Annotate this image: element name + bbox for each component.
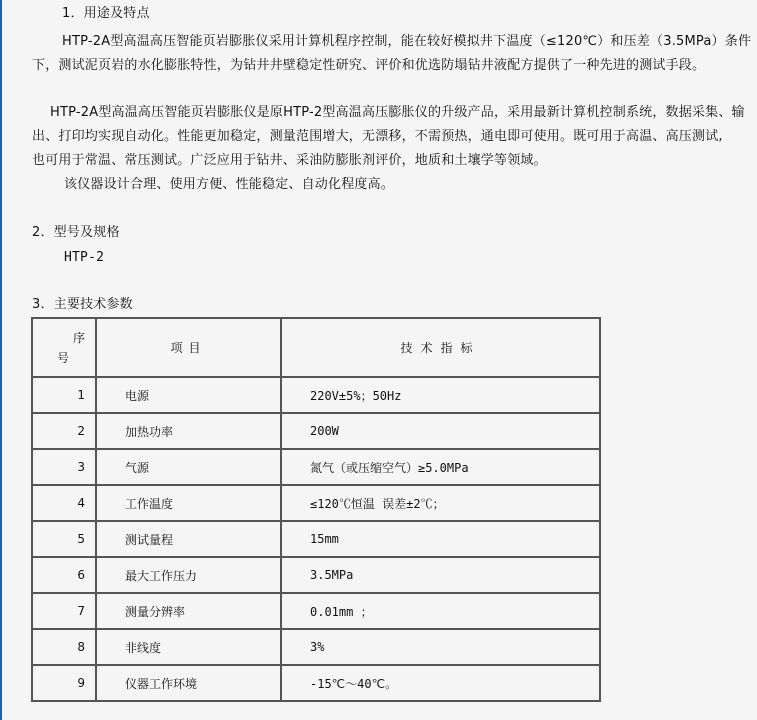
row-value: 200W [281, 413, 600, 449]
header-seq-no: 序 号 [32, 318, 96, 377]
row-value: 3.5MPa [281, 557, 600, 593]
row-value: 氮气（或压缩空气）≥5.0MPa [281, 449, 600, 485]
section-2-heading: 2．型号及规格 [32, 225, 120, 241]
row-no: 4 [32, 485, 96, 521]
header-value: 技术指标 [281, 318, 600, 377]
table-row: 7 测量分辨率 0.01mm ； [32, 593, 600, 629]
table-header-row: 序 号 项目 技术指标 [32, 318, 600, 377]
left-accent-bar [0, 0, 2, 720]
row-no: 9 [32, 665, 96, 701]
table-row: 9 仪器工作环境 -15℃～40℃。 [32, 665, 600, 701]
tech-params-table: 序 号 项目 技术指标 1 电源 220V±5%；50Hz 2 加热功率 200… [31, 317, 601, 702]
row-item: 仪器工作环境 [96, 665, 281, 701]
table-row: 6 最大工作压力 3.5MPa [32, 557, 600, 593]
row-item: 测试量程 [96, 521, 281, 557]
row-item: 工作温度 [96, 485, 281, 521]
header-seq-no-top: 序 [33, 328, 85, 348]
row-item: 加热功率 [96, 413, 281, 449]
section-1-paragraph-1-line-2: 下，测试泥页岩的水化膨胀特性，为钻井井壁稳定性研究、评价和优选防塌钻井液配方提供… [32, 58, 705, 74]
row-value: 220V±5%；50Hz [281, 377, 600, 413]
row-no: 1 [32, 377, 96, 413]
row-item: 气源 [96, 449, 281, 485]
table-row: 3 气源 氮气（或压缩空气）≥5.0MPa [32, 449, 600, 485]
row-value: -15℃～40℃。 [281, 665, 600, 701]
row-no: 2 [32, 413, 96, 449]
row-no: 8 [32, 629, 96, 665]
row-value: ≤120℃恒温 误差±2℃； [281, 485, 600, 521]
section-1-paragraph-1-line-1: HTP-2A型高温高压智能页岩膨胀仪采用计算机程序控制，能在较好模拟井下温度（≤… [62, 34, 751, 50]
section-3-heading: 3．主要技术参数 [32, 297, 133, 313]
model-number: HTP-2 [64, 250, 104, 266]
row-no: 7 [32, 593, 96, 629]
row-no: 6 [32, 557, 96, 593]
row-item: 测量分辨率 [96, 593, 281, 629]
header-seq-no-bottom: 号 [33, 348, 85, 368]
table-row: 8 非线度 3% [32, 629, 600, 665]
row-item: 非线度 [96, 629, 281, 665]
row-no: 5 [32, 521, 96, 557]
row-item: 最大工作压力 [96, 557, 281, 593]
section-1-paragraph-2-line-3: 也可用于常温、常压测试。广泛应用于钻井、采油防膨胀剂评价，地质和土壤学等领域。 [32, 153, 547, 169]
section-1-paragraph-2-line-1: HTP-2A型高温高压智能页岩膨胀仪是原HTP-2型高温高压膨胀仪的升级产品，采… [50, 105, 745, 121]
section-1-paragraph-3: 该仪器设计合理、使用方便、性能稳定、自动化程度高。 [64, 177, 394, 193]
table-row: 5 测试量程 15mm [32, 521, 600, 557]
row-value: 3% [281, 629, 600, 665]
row-no: 3 [32, 449, 96, 485]
section-1-paragraph-2-line-2: 出、打印均实现自动化。性能更加稳定，测量范围增大，无漂移，不需预热，通电即可使用… [32, 129, 723, 145]
row-item: 电源 [96, 377, 281, 413]
table-row: 1 电源 220V±5%；50Hz [32, 377, 600, 413]
table-row: 4 工作温度 ≤120℃恒温 误差±2℃； [32, 485, 600, 521]
section-1-heading: 1．用途及特点 [62, 6, 150, 22]
table-row: 2 加热功率 200W [32, 413, 600, 449]
row-value: 0.01mm ； [281, 593, 600, 629]
header-item: 项目 [96, 318, 281, 377]
row-value: 15mm [281, 521, 600, 557]
